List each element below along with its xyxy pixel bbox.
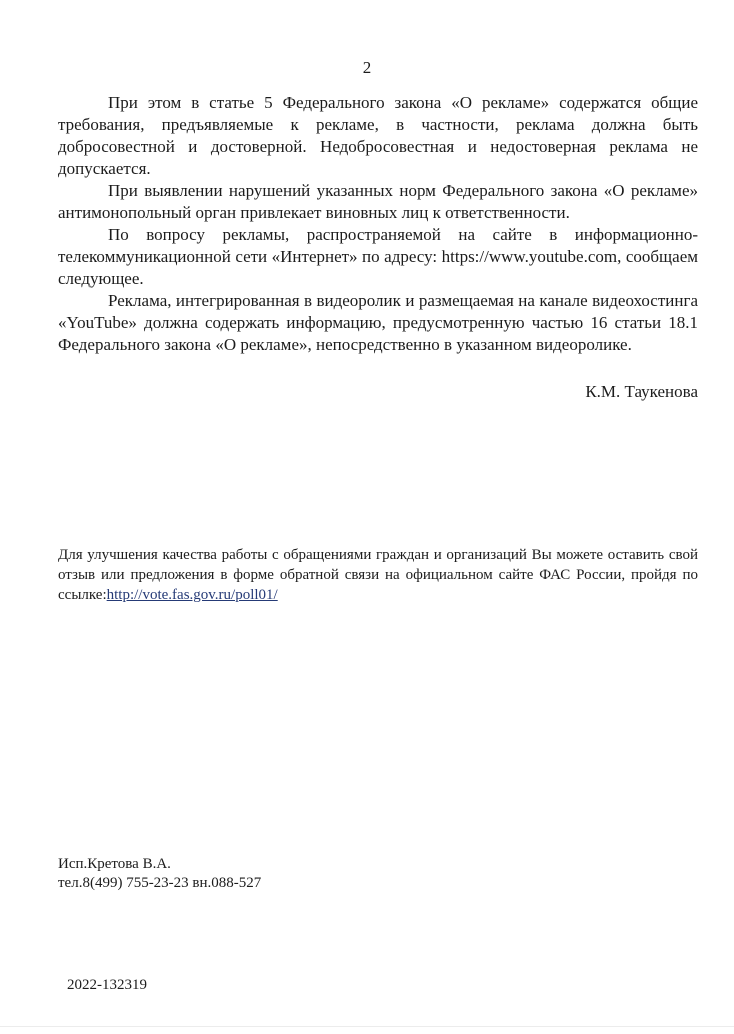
page-bottom-edge xyxy=(0,1026,734,1027)
executor-name: Исп.Кретова В.А. xyxy=(58,855,261,874)
feedback-link[interactable]: http://vote.fas.gov.ru/poll01/ xyxy=(107,587,278,603)
page-number: 2 xyxy=(0,57,734,79)
feedback-note: Для улучшения качества работы с обращени… xyxy=(58,545,698,605)
document-page: 2 При этом в статье 5 Федерального закон… xyxy=(0,0,734,1034)
body-paragraph-1: При этом в статье 5 Федерального закона … xyxy=(58,92,698,180)
body-paragraph-2: При выявлении нарушений указанных норм Ф… xyxy=(58,180,698,224)
signatory-name: К.М. Таукенова xyxy=(58,381,698,403)
body-paragraph-3: По вопросу рекламы, распространяемой на … xyxy=(58,224,698,290)
executor-phone: тел.8(499) 755-23-23 вн.088-527 xyxy=(58,874,261,893)
document-id: 2022-132319 xyxy=(67,975,147,995)
body-text-block: При этом в статье 5 Федерального закона … xyxy=(58,92,698,356)
executor-block: Исп.Кретова В.А. тел.8(499) 755-23-23 вн… xyxy=(58,855,261,893)
body-paragraph-4: Реклама, интегрированная в видеоролик и … xyxy=(58,290,698,356)
